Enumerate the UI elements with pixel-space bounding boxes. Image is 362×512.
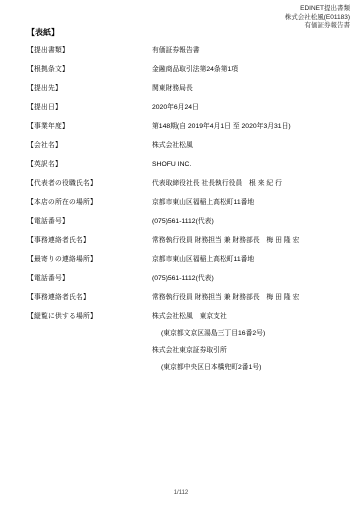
inspection-place-tokyo-branch: 株式会社松風 東京支社	[152, 312, 350, 321]
field-label: 【提出先】	[27, 84, 152, 93]
page-title: 【表紙】	[27, 27, 59, 38]
field-row-english-name: 【英訳名】 SHOFU INC.	[27, 160, 350, 179]
field-row-company-name: 【会社名】 株式会社松風	[27, 141, 350, 160]
field-row-representative: 【代表者の役職氏名】 代表取締役社長 社長執行役員 根 来 紀 行	[27, 179, 350, 198]
field-value: SHOFU INC.	[152, 160, 350, 169]
header-line-company: 株式会社松風(E01183)	[285, 14, 350, 23]
field-label: 【代表者の役職氏名】	[27, 179, 152, 188]
header-line-report-name: 有価証券報告書	[285, 22, 350, 31]
field-label: 【根拠条文】	[27, 65, 152, 74]
field-row-fiscal-year: 【事業年度】 第148期(自 2019年4月1日 至 2020年3月31日)	[27, 122, 350, 141]
field-row-contact-person: 【事務連絡者氏名】 常務執行役員 財務担当 兼 財務部長 梅 田 隆 宏	[27, 236, 350, 255]
field-label: 【提出書類】	[27, 46, 152, 55]
field-value: 株式会社松風 東京支社 (東京都文京区湯島三丁目16番2号) 株式会社東京証券取…	[152, 312, 350, 380]
field-label: 【事務連絡者氏名】	[27, 236, 152, 245]
field-row-phone-number-2: 【電話番号】 (075)561-1112(代表)	[27, 274, 350, 293]
field-value: 株式会社松風	[152, 141, 350, 150]
field-value: 京都市東山区福稲上高松町11番地	[152, 198, 350, 207]
field-value: 2020年6月24日	[152, 103, 350, 112]
field-value: 京都市東山区福稲上高松町11番地	[152, 255, 350, 264]
field-label: 【縦覧に供する場所】	[27, 312, 152, 321]
field-value: 金融商品取引法第24条第1項	[152, 65, 350, 74]
field-row-nearest-contact-place: 【最寄りの連絡場所】 京都市東山区福稲上高松町11番地	[27, 255, 350, 274]
field-value: 関東財務局長	[152, 84, 350, 93]
inspection-place-tse: 株式会社東京証券取引所	[152, 346, 350, 355]
field-row-legal-basis: 【根拠条文】 金融商品取引法第24条第1項	[27, 65, 350, 84]
field-row-phone-number: 【電話番号】 (075)561-1112(代表)	[27, 217, 350, 236]
field-row-submission-date: 【提出日】 2020年6月24日	[27, 103, 350, 122]
field-label: 【提出日】	[27, 103, 152, 112]
inspection-place-tse-address: (東京都中央区日本橋兜町2番1号)	[152, 363, 350, 372]
field-value: 有価証券報告書	[152, 46, 350, 55]
field-label: 【電話番号】	[27, 217, 152, 226]
field-value: (075)561-1112(代表)	[152, 217, 350, 226]
field-label: 【事業年度】	[27, 122, 152, 131]
field-label: 【事務連絡者氏名】	[27, 293, 152, 302]
field-label: 【最寄りの連絡場所】	[27, 255, 152, 264]
field-value: 常務執行役員 財務担当 兼 財務部長 梅 田 隆 宏	[152, 293, 350, 302]
field-row-public-inspection-places: 【縦覧に供する場所】 株式会社松風 東京支社 (東京都文京区湯島三丁目16番2号…	[27, 312, 350, 380]
field-value: (075)561-1112(代表)	[152, 274, 350, 283]
field-row-head-office: 【本店の所在の場所】 京都市東山区福稲上高松町11番地	[27, 198, 350, 217]
header-line-doc-type: EDINET提出書類	[285, 5, 350, 14]
document-page: EDINET提出書類 株式会社松風(E01183) 有価証券報告書 【表紙】 【…	[0, 0, 362, 512]
field-label: 【本店の所在の場所】	[27, 198, 152, 207]
field-label: 【電話番号】	[27, 274, 152, 283]
field-value: 常務執行役員 財務担当 兼 財務部長 梅 田 隆 宏	[152, 236, 350, 245]
field-row-contact-person-2: 【事務連絡者氏名】 常務執行役員 財務担当 兼 財務部長 梅 田 隆 宏	[27, 293, 350, 312]
field-row-submitted-document: 【提出書類】 有価証券報告書	[27, 46, 350, 65]
field-row-submitted-to: 【提出先】 関東財務局長	[27, 84, 350, 103]
field-value: 第148期(自 2019年4月1日 至 2020年3月31日)	[152, 122, 350, 131]
field-value: 代表取締役社長 社長執行役員 根 来 紀 行	[152, 179, 350, 188]
inspection-place-tokyo-branch-address: (東京都文京区湯島三丁目16番2号)	[152, 329, 350, 338]
cover-fields: 【提出書類】 有価証券報告書 【根拠条文】 金融商品取引法第24条第1項 【提出…	[27, 46, 350, 380]
edinet-header-meta: EDINET提出書類 株式会社松風(E01183) 有価証券報告書	[285, 5, 350, 31]
field-label: 【会社名】	[27, 141, 152, 150]
page-number: 1/112	[0, 490, 362, 496]
field-label: 【英訳名】	[27, 160, 152, 169]
